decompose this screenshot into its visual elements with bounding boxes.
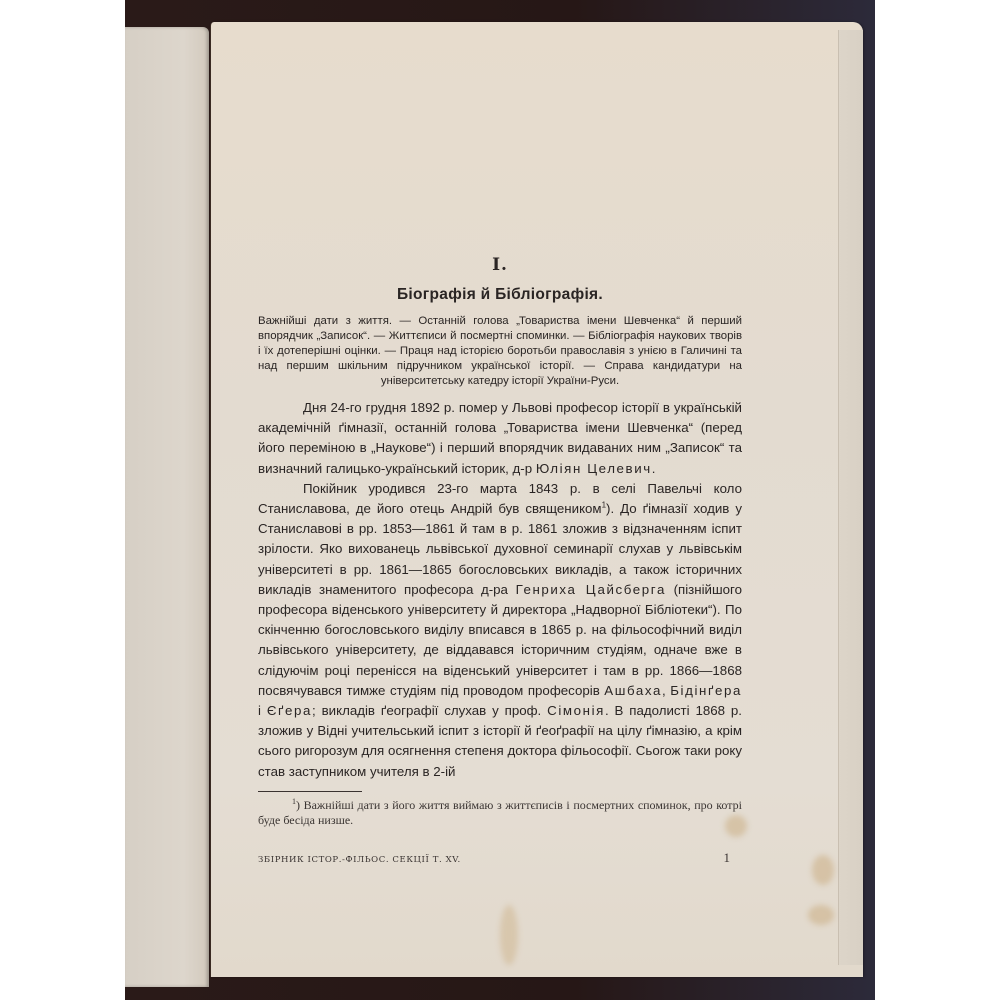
body-text: Дня 24-го грудня 1892 р. помер у Львові … (258, 398, 742, 782)
chapter-summary: Важнійші дати з життя. — Останній голова… (258, 314, 742, 389)
body-paragraph: Дня 24-го грудня 1892 р. помер у Львові … (258, 398, 742, 479)
emphasized-name: Бідінґера (670, 683, 742, 698)
text-run: ; викладів ґеографії слухав у проф. (312, 703, 547, 718)
page-content: I. Біографія й Бібліографія. Важнійші да… (258, 255, 742, 828)
text-run: , (662, 683, 670, 698)
emphasized-name: Ашбаха (604, 683, 662, 698)
foxing-stain (808, 905, 834, 925)
chapter-title: Біографія й Бібліографія. (258, 286, 742, 304)
footnote: 1) Важнійші дати з його життя виймаю з ж… (258, 798, 742, 828)
page-footer: ЗБІРНИК ІСТОР.-ФІЛЬОС. СЕКЦІЇ Т. XV. 1 (258, 850, 730, 866)
text-run: (пізнійшого професора віденського універ… (258, 582, 742, 698)
text-run: . (652, 461, 656, 476)
foxing-stain (812, 855, 834, 885)
emphasized-name: Юліян Целевич (536, 461, 652, 476)
chapter-number: I. (258, 255, 742, 275)
page-number: 1 (724, 850, 731, 866)
left-page-edge (125, 27, 209, 987)
footnote-rule (258, 791, 362, 792)
emphasized-name: Єґера (267, 703, 312, 718)
body-paragraph: Покійник уродився 23-го марта 1843 р. в … (258, 479, 742, 782)
footnote-text: ) Важнійші дати з його життя виймаю з жи… (258, 798, 742, 827)
emphasized-name: Сімонія (547, 703, 605, 718)
emphasized-name: Генриха Цайсберга (516, 582, 666, 597)
running-footer-title: ЗБІРНИК ІСТОР.-ФІЛЬОС. СЕКЦІЇ Т. XV. (258, 855, 461, 865)
text-run: Дня 24-го грудня 1892 р. помер у Львові … (258, 400, 742, 476)
text-run: і (258, 703, 267, 718)
foxing-stain (500, 905, 518, 965)
page-fore-edge (838, 30, 863, 965)
